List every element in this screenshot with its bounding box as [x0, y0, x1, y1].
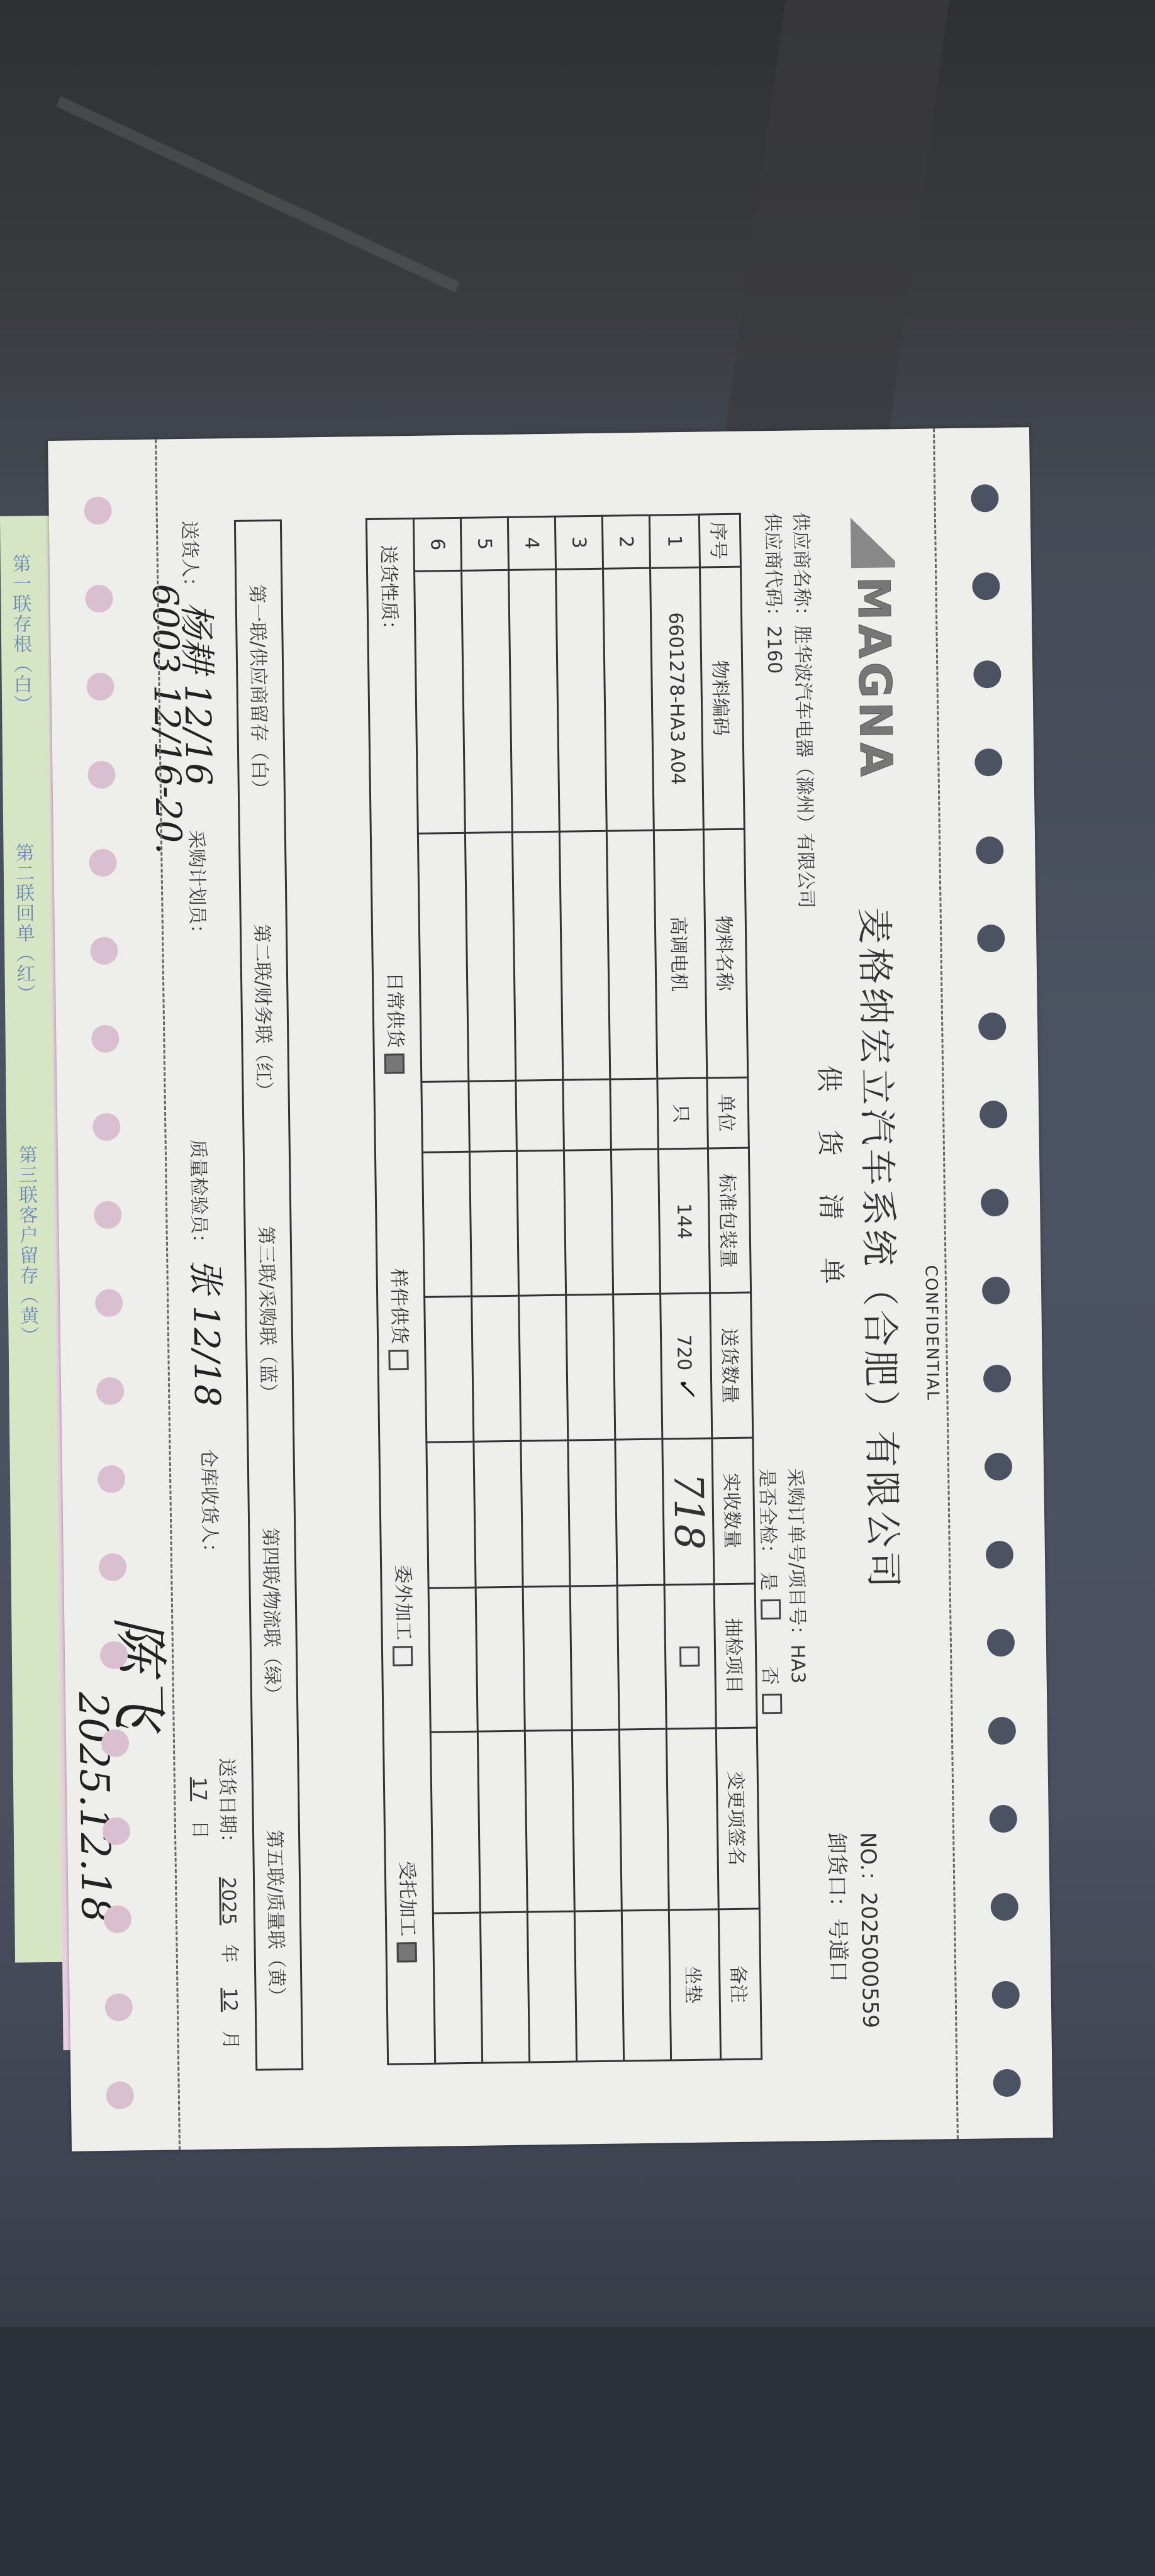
magna-logo-icon [851, 511, 895, 568]
header-unit: 单位 [707, 1077, 749, 1149]
cell-no: 3 [555, 516, 603, 569]
sprocket-hole [974, 748, 1003, 777]
cell-received [521, 1440, 570, 1587]
delivery-type-entrusted: 受托加工 [396, 1861, 419, 1936]
cell-received [474, 1441, 523, 1587]
full-inspection-no-label: 否 [757, 1666, 785, 1685]
sprocket-hole [979, 1101, 1008, 1129]
date-year: 2025 [217, 1858, 240, 1945]
po-value: HA3 [786, 1644, 809, 1684]
sprocket-hole [988, 1717, 1017, 1745]
background-seat-shape [724, 0, 949, 440]
full-inspection-label: 是否全检： [755, 1468, 784, 1563]
sprocket-hole [90, 937, 118, 965]
cell-code [509, 569, 560, 832]
sprocket-hole [100, 1641, 128, 1669]
cell-sampling [664, 1584, 716, 1729]
sprocket-hole [990, 1893, 1018, 1921]
delivery-note-sheet: CONFIDENTIAL MAGNA 麦格纳宏立汽车系统（合肥）有限公司 供货清… [48, 427, 1053, 2151]
sprocket-strip-top [933, 427, 1053, 2139]
header-name: 物料名称 [703, 829, 748, 1078]
cell-name [559, 831, 610, 1080]
cell-unit [421, 1081, 470, 1153]
carbon-copy-label: 第一联存根（白） [6, 553, 35, 714]
sprocket-hole [91, 1025, 120, 1053]
cell-name [606, 830, 657, 1079]
items-table: 序号 物料编码 物料名称 单位 标准包装量 送货数量 实收数量 抽检项目 变更项… [365, 513, 762, 2065]
header-received: 实收数量 [712, 1438, 755, 1584]
sprocket-hole [972, 572, 1000, 601]
carbon-copy-label: 第三联客户留存（黄） [11, 1145, 41, 1346]
magna-logo: MAGNA [847, 511, 902, 780]
delivery-type-entrusted-checkbox[interactable] [397, 1942, 417, 1962]
supplier-code-label: 供应商代码： [761, 513, 785, 626]
sprocket-hole [89, 849, 117, 877]
doc-number-value: 2025000559 [856, 1892, 883, 2028]
po-label: 采购订单号/项目号： [784, 1468, 808, 1645]
copy-label: 第二联/财务联（红） [250, 924, 280, 1101]
cell-std-pack [469, 1152, 518, 1297]
form-content: CONFIDENTIAL MAGNA 麦格纳宏立汽车系统（合肥）有限公司 供货清… [156, 498, 946, 2081]
sprocket-hole [976, 836, 1004, 865]
doc-number-label: NO.： [855, 1832, 881, 1892]
supplier-name-value: 胜华波汽车电器（滁州）有限公司 [791, 625, 817, 908]
cell-received [615, 1439, 664, 1585]
unloading-dock-label: 卸货口： [823, 1832, 850, 1918]
cell-sampling [428, 1587, 477, 1732]
cell-code [415, 570, 466, 833]
full-inspection: 是否全检： 是 否 [755, 1468, 786, 1714]
delivery-type-daily-checkbox[interactable] [384, 1053, 405, 1074]
cell-no: 1 [649, 514, 700, 568]
sprocket-hole [96, 1377, 125, 1405]
full-inspection-no-checkbox[interactable] [762, 1694, 782, 1714]
copy-label: 第五联/质量联（黄） [262, 1829, 293, 2006]
header-remark: 备注 [718, 1909, 761, 2060]
cell-unit: 只 [657, 1078, 708, 1150]
header-delivered: 送货数量 [710, 1293, 753, 1438]
delivery-type-daily: 日常供货 [383, 972, 406, 1048]
cell-sampling [476, 1587, 525, 1731]
supplier-name: 供应商名称：胜华波汽车电器（滁州）有限公司 [789, 512, 822, 909]
header-change-sign: 变更项签名 [716, 1728, 759, 1909]
qc-signature: 质量检验员：张 12/18 [181, 1139, 236, 1449]
cell-unit [469, 1080, 517, 1152]
sprocket-hole [84, 497, 112, 525]
cell-sampling [523, 1586, 572, 1731]
cell-change-sign [619, 1729, 669, 1911]
background-floor [0, 2327, 1155, 2576]
unloading-dock-value: 号道口 [825, 1918, 851, 1982]
warehouse-signature: 仓库收货人： [196, 1448, 228, 1758]
check-mark-icon: ✓ [672, 1376, 701, 1397]
cell-change-sign [572, 1729, 622, 1911]
delivery-type-outsourced: 委外加工 [391, 1565, 415, 1640]
sprocket-hole [87, 761, 116, 789]
cell-unit [516, 1080, 564, 1152]
sprocket-hole [993, 2069, 1021, 2097]
cell-sampling [617, 1585, 666, 1729]
cell-name [465, 832, 516, 1081]
qc-value: 张 12/18 [184, 1258, 227, 1407]
cell-change-sign [477, 1731, 527, 1913]
carbon-copy-label: 第二联回单（红） [8, 843, 38, 1004]
cell-delivered [613, 1294, 662, 1440]
header-no: 序号 [699, 514, 740, 567]
sprocket-hole [101, 1729, 130, 1757]
cell-change-sign [525, 1730, 574, 1912]
cell-received [427, 1441, 476, 1588]
date-month-unit: 月 [219, 2031, 241, 2050]
delivery-note-paper: CONFIDENTIAL MAGNA 麦格纳宏立汽车系统（合肥）有限公司 供货清… [48, 427, 1053, 2151]
full-inspection-yes-label: 是 [756, 1572, 784, 1591]
full-inspection-yes-checkbox[interactable] [761, 1599, 781, 1619]
sprocket-hole [977, 924, 1005, 953]
cell-remark [433, 1913, 482, 2063]
cell-change-sign [666, 1728, 718, 1910]
supplier-name-label: 供应商名称： [790, 512, 813, 625]
sprocket-hole [987, 1629, 1015, 1657]
cell-delivered: 720 ✓ [661, 1293, 712, 1438]
cell-delivered [472, 1296, 521, 1441]
cell-name [418, 833, 469, 1082]
sampling-checkbox[interactable] [679, 1646, 700, 1667]
sprocket-hole [985, 1453, 1013, 1481]
header-code: 物料编码 [700, 567, 744, 830]
cell-remark [622, 1910, 671, 2061]
cell-received [568, 1440, 617, 1586]
cell-no: 4 [508, 516, 555, 570]
doc-number: NO.：2025000559 [854, 1832, 888, 2029]
sprocket-hole [991, 1981, 1020, 2009]
cell-std-pack: 144 [658, 1148, 710, 1294]
sprocket-hole [978, 1013, 1007, 1041]
sprocket-hole [981, 1189, 1009, 1217]
cell-code [556, 569, 607, 831]
cell-code [462, 570, 513, 833]
copy-label: 第三联/采购联（蓝） [254, 1226, 284, 1402]
cell-name: 高调电机 [654, 830, 707, 1079]
cell-remark [480, 1912, 529, 2063]
confidential-mark: CONFIDENTIAL [922, 1265, 942, 1401]
date-month: 12 [218, 1968, 241, 2031]
cell-change-sign [430, 1731, 480, 1913]
supplier-code-value: 2160 [762, 626, 785, 674]
sprocket-hole [94, 1201, 122, 1230]
cell-delivered [519, 1296, 568, 1441]
planner-signature: 采购计划员： [181, 830, 226, 1140]
delivery-date: 送货日期： 2025年 12月 17日 [187, 1758, 247, 2068]
sprocket-hole [986, 1541, 1014, 1569]
background-seam [56, 96, 460, 292]
cell-unit [610, 1079, 659, 1150]
copy-label: 第四联/物流联（绿） [258, 1528, 288, 1704]
delivery-type-sample-checkbox[interactable] [389, 1350, 409, 1370]
cell-delivered [425, 1297, 474, 1442]
cell-no: 6 [413, 518, 461, 571]
sprocket-hole [95, 1289, 123, 1317]
delivery-type-outsourced-checkbox[interactable] [393, 1646, 413, 1666]
unloading-dock: 卸货口：号道口 [823, 1832, 856, 1982]
sprocket-hole [103, 1817, 131, 1845]
sprocket-hole [104, 1905, 132, 1933]
brand-logo-text: MAGNA [847, 576, 902, 780]
cell-std-pack [611, 1149, 660, 1294]
cell-std-pack [422, 1152, 471, 1297]
cell-sampling [570, 1585, 619, 1730]
cell-no: 5 [460, 517, 508, 570]
cell-received: 718 [662, 1438, 714, 1585]
delivery-type-label: 送货性质： [377, 545, 400, 639]
sprocket-hole [92, 1113, 121, 1141]
cell-remark: 坐垫 [669, 1909, 720, 2060]
warehouse-label: 仓库收货人： [197, 1448, 221, 1562]
header-sampling: 抽检项目 [714, 1584, 757, 1728]
company-name: 麦格纳宏立汽车系统（合肥）有限公司 [851, 907, 913, 1592]
cell-remark [527, 1911, 576, 2062]
cell-unit [563, 1079, 611, 1151]
sprocket-hole [99, 1553, 127, 1581]
supplier-code: 供应商代码：2160 [761, 513, 791, 674]
sprocket-hole [983, 1365, 1012, 1393]
cell-delivered [566, 1295, 615, 1440]
cell-name [512, 831, 563, 1080]
delivery-type-sample: 样件供货 [388, 1269, 411, 1344]
sprocket-hole [971, 484, 999, 513]
sprocket-hole [973, 660, 1002, 689]
sprocket-hole [982, 1277, 1010, 1305]
document-title: 供货清单 [812, 1065, 853, 1322]
sprocket-hole [86, 673, 114, 701]
cell-remark [574, 1911, 623, 2062]
date-year-unit: 年 [218, 1944, 240, 1963]
cell-no: 2 [602, 515, 650, 569]
sprocket-hole [990, 1805, 1018, 1833]
cell-std-pack [564, 1150, 613, 1295]
delivered-value: 720 [672, 1335, 695, 1371]
copy-label: 第一联/供应商留存（白） [245, 584, 276, 799]
sprocket-hole [105, 1993, 133, 2021]
qc-label: 质量检验员： [187, 1140, 211, 1253]
date-label: 送货日期： [215, 1758, 238, 1852]
planner-value [183, 949, 224, 950]
copies-row: 第一联/供应商留存（白） 第二联/财务联（红） 第三联/采购联（蓝） 第四联/物… [234, 519, 303, 2071]
sprocket-hole [106, 2081, 135, 2109]
date-day: 17 [187, 1758, 210, 1821]
cell-std-pack [516, 1150, 566, 1296]
cell-code: 6601278-HA3 A04 [650, 567, 703, 830]
cell-code [603, 568, 654, 831]
header-std-pack: 标准包装量 [708, 1148, 750, 1293]
sprocket-hole [98, 1465, 126, 1493]
po-number: 采购订单号/项目号：HA3 [783, 1468, 814, 1684]
date-day-unit: 日 [189, 1820, 211, 1839]
sprocket-hole [85, 585, 113, 613]
